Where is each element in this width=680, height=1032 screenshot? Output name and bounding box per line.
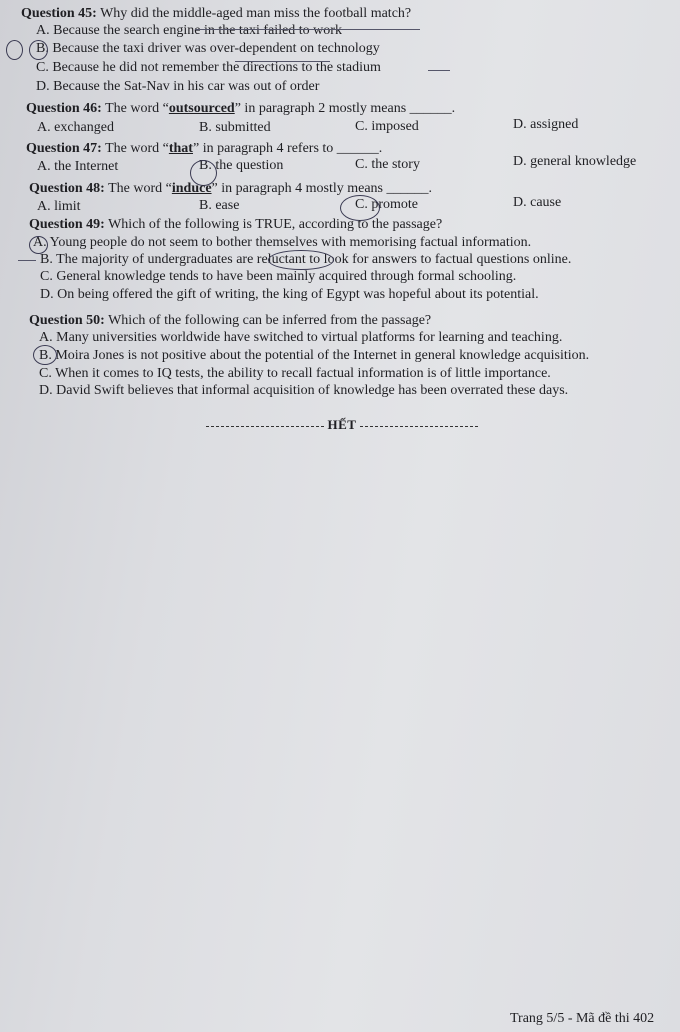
divider bbox=[360, 426, 478, 427]
option-text: Young people do not seem to bother thems… bbox=[50, 235, 532, 250]
option-text: When it comes to IQ tests, the ability t… bbox=[55, 366, 551, 381]
question-text: Which of the following can be inferred f… bbox=[108, 313, 431, 328]
option-text: assigned bbox=[530, 117, 578, 132]
end-marker: HẾT bbox=[200, 417, 484, 433]
question-text: ” in paragraph 4 mostly means ______. bbox=[212, 181, 432, 196]
option-text: Because the search engine in the taxi fa… bbox=[53, 23, 342, 38]
option-text: submitted bbox=[215, 120, 270, 135]
pen-dash bbox=[428, 70, 450, 71]
question-number: Question 47: bbox=[26, 141, 102, 156]
option-text: On being offered the gift of writing, th… bbox=[57, 287, 538, 302]
option-text: Because he did not remember the directio… bbox=[52, 60, 381, 75]
option-text: Moira Jones is not positive about the po… bbox=[55, 348, 589, 363]
pen-circle-a bbox=[29, 236, 48, 254]
option-label: B. bbox=[40, 252, 53, 267]
option-label: C. bbox=[40, 269, 53, 284]
handwritten-circle-mark bbox=[6, 40, 23, 60]
q45-option-b: B. Because the taxi driver was over-depe… bbox=[36, 41, 380, 57]
option-label: C. bbox=[36, 60, 49, 75]
q49-option-d: D. On being offered the gift of writing,… bbox=[40, 287, 539, 303]
divider bbox=[206, 426, 324, 427]
pen-circle-b bbox=[29, 40, 48, 60]
question-50: Question 50: Which of the following can … bbox=[29, 313, 431, 329]
option-label: A. bbox=[37, 199, 51, 214]
option-text: exchanged bbox=[54, 120, 114, 135]
option-label: B. bbox=[199, 198, 212, 213]
pen-underline bbox=[195, 29, 420, 30]
pen-underline bbox=[235, 61, 330, 62]
end-text: HẾT bbox=[328, 417, 357, 432]
option-text: General knowledge tends to have been mai… bbox=[56, 269, 516, 284]
q48-option-d: D. cause bbox=[513, 195, 561, 211]
question-45: Question 45: Why did the middle-aged man… bbox=[21, 6, 411, 22]
pen-circle-b bbox=[33, 345, 57, 365]
q50-option-c: C. When it comes to IQ tests, the abilit… bbox=[39, 366, 551, 382]
option-label: D. bbox=[36, 79, 50, 94]
question-49: Question 49: Which of the following is T… bbox=[29, 217, 442, 233]
q46-option-a: A. exchanged bbox=[37, 120, 114, 136]
question-text: ” in paragraph 2 mostly means ______. bbox=[235, 101, 455, 116]
option-text: imposed bbox=[371, 119, 418, 134]
pen-circle-reluctant bbox=[268, 250, 334, 270]
option-text: David Swift believes that informal acqui… bbox=[56, 383, 568, 398]
option-text: Many universities worldwide have switche… bbox=[56, 330, 562, 345]
q47-option-d: D. general knowledge bbox=[513, 154, 636, 170]
keyword: induce bbox=[172, 181, 212, 196]
q46-option-b: B. submitted bbox=[199, 120, 271, 136]
option-label: D. bbox=[513, 117, 527, 132]
option-label: A. bbox=[36, 23, 50, 38]
question-46: Question 46: The word “outsourced” in pa… bbox=[26, 101, 455, 117]
option-text: Because the Sat-Nav in his car was out o… bbox=[53, 79, 319, 94]
q50-option-d: D. David Swift believes that informal ac… bbox=[39, 383, 568, 399]
q47-option-c: C. the story bbox=[355, 157, 420, 173]
option-text: Because the taxi driver was over-depende… bbox=[52, 41, 379, 56]
option-label: D. bbox=[40, 287, 54, 302]
q45-option-a: A. Because the search engine in the taxi… bbox=[36, 23, 342, 39]
option-text: the story bbox=[371, 157, 420, 172]
option-text: general knowledge bbox=[530, 154, 636, 169]
question-number: Question 45: bbox=[21, 6, 97, 21]
option-label: D. bbox=[513, 154, 527, 169]
q49-option-c: C. General knowledge tends to have been … bbox=[40, 269, 516, 285]
exam-page: Question 45: Why did the middle-aged man… bbox=[0, 0, 680, 1032]
q46-option-d: D. assigned bbox=[513, 117, 578, 133]
option-label: C. bbox=[355, 119, 368, 134]
q45-option-d: D. Because the Sat-Nav in his car was ou… bbox=[36, 79, 319, 95]
question-text: ” in paragraph 4 refers to ______. bbox=[193, 141, 382, 156]
q45-option-c: C. Because he did not remember the direc… bbox=[36, 60, 381, 76]
q50-option-a: A. Many universities worldwide have swit… bbox=[39, 330, 562, 346]
q47-option-a: A. the Internet bbox=[37, 159, 118, 175]
question-47: Question 47: The word “that” in paragrap… bbox=[26, 141, 382, 157]
question-number: Question 48: bbox=[29, 181, 105, 196]
keyword: outsourced bbox=[169, 101, 235, 116]
option-label: C. bbox=[355, 157, 368, 172]
option-label: D. bbox=[513, 195, 527, 210]
keyword: that bbox=[169, 141, 193, 156]
option-text: ease bbox=[215, 198, 239, 213]
q48-option-b: B. ease bbox=[199, 198, 239, 214]
option-label: D. bbox=[39, 383, 53, 398]
question-text: Why did the middle-aged man miss the foo… bbox=[100, 6, 411, 21]
question-text: The word “ bbox=[108, 181, 172, 196]
question-number: Question 50: bbox=[29, 313, 105, 328]
question-48: Question 48: The word “induce” in paragr… bbox=[29, 181, 432, 197]
pen-dash bbox=[18, 260, 36, 261]
option-label: A. bbox=[39, 330, 53, 345]
option-text: the Internet bbox=[54, 159, 118, 174]
question-text: The word “ bbox=[105, 101, 169, 116]
page-footer: Trang 5/5 - Mã đề thi 402 bbox=[510, 1011, 654, 1027]
option-label: B. bbox=[199, 120, 212, 135]
question-number: Question 49: bbox=[29, 217, 105, 232]
q50-option-b: B. Moira Jones is not positive about the… bbox=[39, 348, 589, 364]
question-number: Question 46: bbox=[26, 101, 102, 116]
option-text: cause bbox=[530, 195, 561, 210]
q49-option-a: A. Young people do not seem to bother th… bbox=[33, 235, 531, 251]
option-label: A. bbox=[37, 159, 51, 174]
option-label: C. bbox=[39, 366, 52, 381]
q46-option-c: C. imposed bbox=[355, 119, 419, 135]
option-text: limit bbox=[54, 199, 80, 214]
q48-option-a: A. limit bbox=[37, 199, 81, 215]
question-text: Which of the following is TRUE, accordin… bbox=[108, 217, 442, 232]
question-text: The word “ bbox=[105, 141, 169, 156]
option-label: A. bbox=[37, 120, 51, 135]
option-text: the question bbox=[215, 158, 283, 173]
